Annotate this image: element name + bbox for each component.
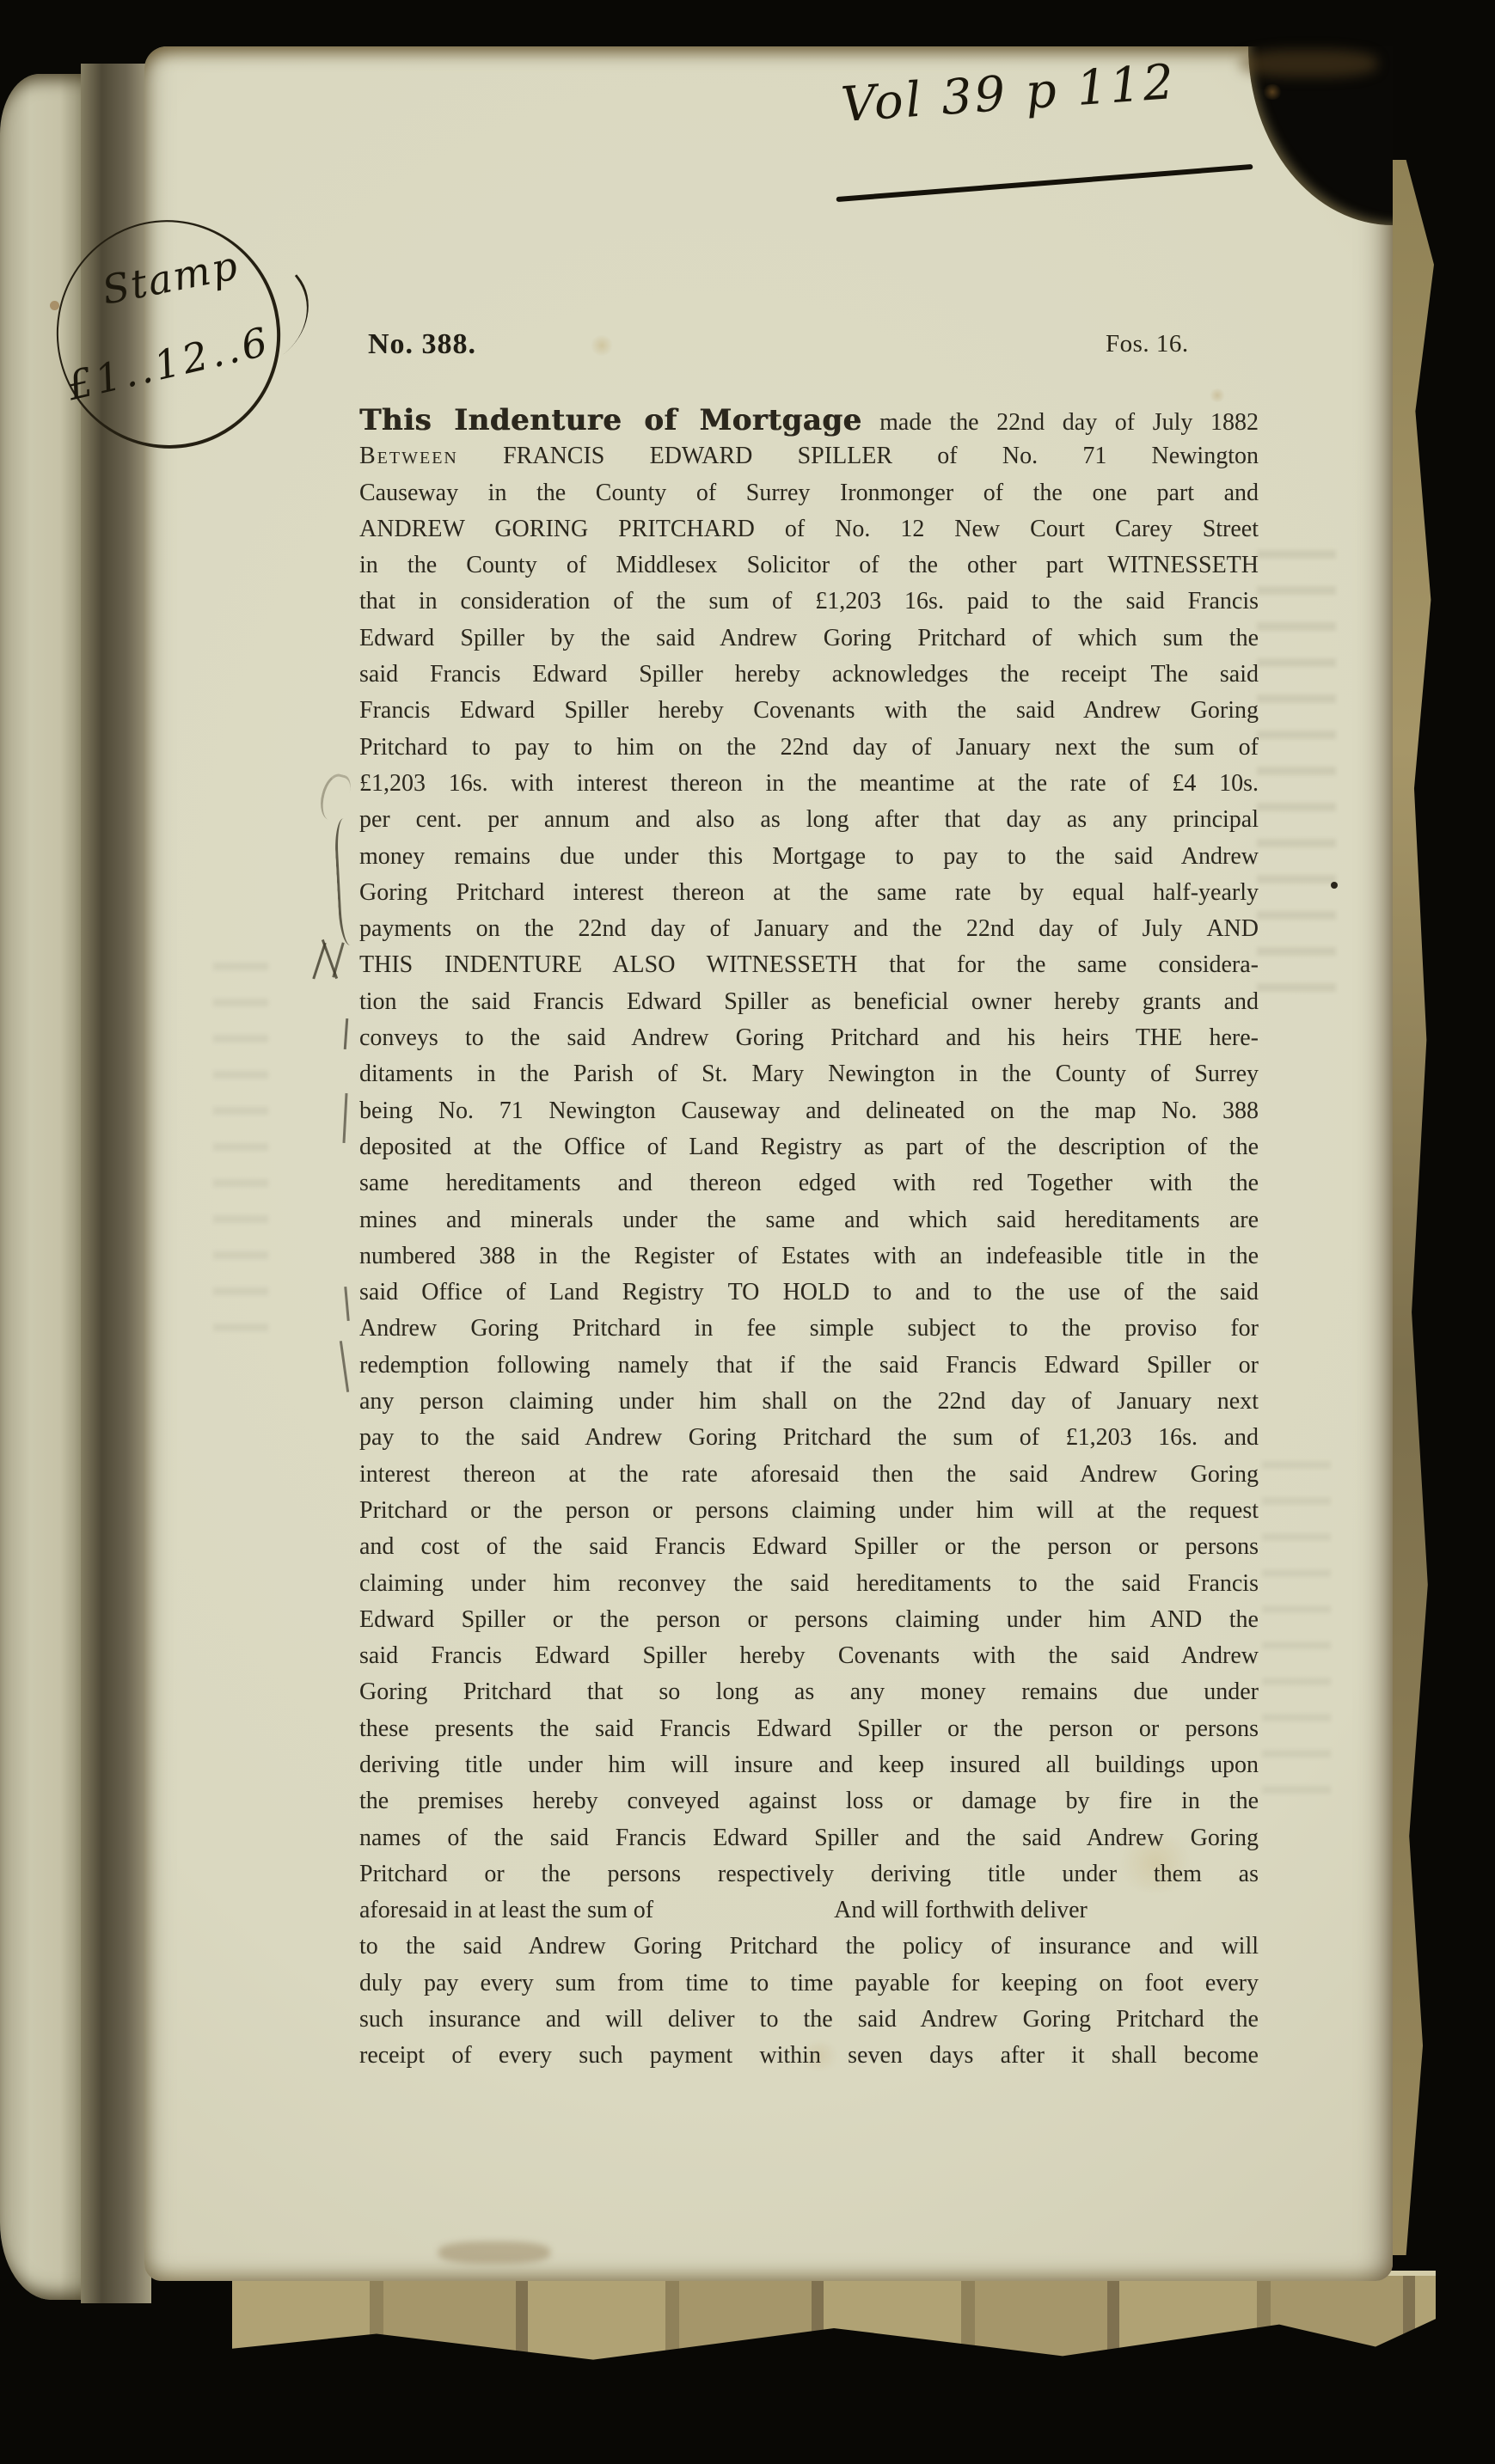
folio-number: Fos. 16.	[1106, 330, 1189, 358]
deed-line: to the said Andrew Goring Pritchard the …	[359, 1929, 1259, 1965]
deed-line: the premises hereby conveyed against los…	[359, 1783, 1259, 1819]
deed-line-text: Edward Spiller or the person or persons …	[359, 1606, 1259, 1633]
deed-line-text: ANDREW GORING PRITCHARD of No. 12 New Co…	[359, 516, 1259, 542]
deed-line-text: per cent. per annum and also as long aft…	[359, 806, 1259, 833]
deed-line-text: Pritchard or the persons respectively de…	[359, 1861, 1259, 1887]
deed-line: that in consideration of the sum of £1,2…	[359, 584, 1259, 620]
deed-line: per cent. per annum and also as long aft…	[359, 802, 1259, 838]
deed-line: such insurance and will deliver to the s…	[359, 2002, 1259, 2038]
deed-line: tion the said Francis Edward Spiller as …	[359, 984, 1259, 1020]
deed-line-text: Goring Pritchard that so long as any mon…	[359, 1678, 1259, 1705]
deed-line: This Indenture of Mortgage made the 22nd…	[359, 402, 1259, 438]
deed-line: claiming under him reconvey the said her…	[359, 1566, 1259, 1602]
deed-line-text: same hereditaments and thereon edged wit…	[359, 1170, 1259, 1196]
deed-line-text: made the 22nd day of July 1882	[862, 409, 1259, 436]
deed-text: This Indenture of Mortgage made the 22nd…	[359, 402, 1259, 2075]
deed-line: ANDREW GORING PRITCHARD of No. 12 New Co…	[359, 511, 1259, 547]
deed-line-text: these presents the said Francis Edward S…	[359, 1715, 1259, 1742]
deed-line-text: aforesaid in at least the sum of	[359, 1897, 653, 1923]
deed-line-text: Pritchard or the person or persons claim…	[359, 1497, 1259, 1524]
deed-line: Goring Pritchard that so long as any mon…	[359, 1674, 1259, 1710]
deed-line: names of the said Francis Edward Spiller…	[359, 1820, 1259, 1856]
deed-line: these presents the said Francis Edward S…	[359, 1711, 1259, 1747]
deed-line: said Francis Edward Spiller hereby Coven…	[359, 1638, 1259, 1674]
deed-line-text: receipt of every such payment within sev…	[359, 2042, 1259, 2069]
deed-line-text: money remains due under this Mortgage to…	[359, 843, 1259, 870]
deed-line-text: such insurance and will deliver to the s…	[359, 2006, 1259, 2033]
deed-line: said Francis Edward Spiller hereby ackno…	[359, 657, 1259, 693]
deed-line-text: pay to the said Andrew Goring Pritchard …	[359, 1424, 1259, 1451]
deed-line: receipt of every such payment within sev…	[359, 2038, 1259, 2074]
deed-line: interest thereon at the rate aforesaid t…	[359, 1457, 1259, 1493]
deed-line: money remains due under this Mortgage to…	[359, 839, 1259, 875]
deed-line: Causeway in the County of Surrey Ironmon…	[359, 475, 1259, 511]
deed-line: Pritchard or the persons respectively de…	[359, 1856, 1259, 1892]
deed-line-text: deriving title under him will insure and…	[359, 1752, 1259, 1778]
deed-line: redemption following namely that if the …	[359, 1348, 1259, 1384]
deed-line: conveys to the said Andrew Goring Pritch…	[359, 1020, 1259, 1056]
deed-line: Andrew Goring Pritchard in fee simple su…	[359, 1311, 1259, 1347]
deed-line-text: the premises hereby conveyed against los…	[359, 1788, 1259, 1814]
deed-line-text: £1,203 16s. with interest thereon in the…	[359, 770, 1259, 797]
paper-stain	[50, 301, 59, 310]
deed-line-text: said Francis Edward Spiller hereby ackno…	[359, 661, 1259, 688]
deed-line-text: deposited at the Office of Land Registry…	[359, 1134, 1259, 1160]
deed-line: Edward Spiller by the said Andrew Goring…	[359, 621, 1259, 657]
deed-line-text: said Office of Land Registry TO HOLD to …	[359, 1279, 1259, 1305]
deed-line: same hereditaments and thereon edged wit…	[359, 1165, 1259, 1201]
deed-line-text: duly pay every sum from time to time pay…	[359, 1970, 1259, 1996]
paper-stain	[590, 335, 614, 356]
deed-line-text: FRANCIS EDWARD SPILLER of No. 71 Newingt…	[458, 443, 1259, 469]
book-photo: Vol 39 p 112 Stamp £1..12..6 No. 388. Fo…	[0, 0, 1495, 2464]
deed-line: pay to the said Andrew Goring Pritchard …	[359, 1420, 1259, 1456]
deed-line: Pritchard to pay to him on the 22nd day …	[359, 730, 1259, 766]
deed-line-text: Andrew Goring Pritchard in fee simple su…	[359, 1315, 1259, 1342]
ink-speck	[1331, 882, 1338, 889]
deed-line: in the County of Middlesex Solicitor of …	[359, 547, 1259, 584]
deed-line-text: Goring Pritchard interest thereon at the…	[359, 879, 1259, 906]
deed-line: Between FRANCIS EDWARD SPILLER of No. 71…	[359, 438, 1259, 474]
deed-line: mines and minerals under the same and wh…	[359, 1202, 1259, 1238]
deed-line-text: in the County of Middlesex Solicitor of …	[359, 552, 1259, 578]
deed-line: Goring Pritchard interest thereon at the…	[359, 875, 1259, 911]
deed-line-text: redemption following namely that if the …	[359, 1352, 1259, 1379]
text-showthrough	[1257, 550, 1336, 997]
deed-line: being No. 71 Newington Causeway and deli…	[359, 1093, 1259, 1129]
deed-line-text: tion the said Francis Edward Spiller as …	[359, 988, 1259, 1015]
deed-line-text: interest thereon at the rate aforesaid t…	[359, 1461, 1259, 1488]
deed-line: aforesaid in at least the sum ofAnd will…	[359, 1892, 1259, 1929]
deed-line: and cost of the said Francis Edward Spil…	[359, 1529, 1259, 1565]
deed-line-text: ditaments in the Parish of St. Mary Newi…	[359, 1061, 1259, 1087]
paper-stain	[1209, 388, 1226, 402]
deed-line-text: Causeway in the County of Surrey Ironmon…	[359, 480, 1259, 506]
deed-line: £1,203 16s. with interest thereon in the…	[359, 766, 1259, 802]
deed-line-text: conveys to the said Andrew Goring Pritch…	[359, 1024, 1259, 1051]
deed-line: payments on the 22nd day of January and …	[359, 911, 1259, 947]
deed-line: deposited at the Office of Land Registry…	[359, 1129, 1259, 1165]
deed-line: ditaments in the Parish of St. Mary Newi…	[359, 1056, 1259, 1092]
deed-line-text: that in consideration of the sum of £1,2…	[359, 588, 1259, 614]
deed-line: deriving title under him will insure and…	[359, 1747, 1259, 1783]
deed-line-text: And will forthwith deliver	[834, 1897, 1088, 1923]
deed-line-text: to the said Andrew Goring Pritchard the …	[359, 1933, 1259, 1960]
deed-line-text: being No. 71 Newington Causeway and deli…	[359, 1097, 1259, 1124]
deed-line: duly pay every sum from time to time pay…	[359, 1966, 1259, 2002]
deed-line-text: THIS INDENTURE ALSO WITNESSETH that for …	[359, 951, 1259, 978]
deed-line: any person claiming under him shall on t…	[359, 1384, 1259, 1420]
deed-line-text: Edward Spiller by the said Andrew Goring…	[359, 625, 1259, 651]
deed-line: said Office of Land Registry TO HOLD to …	[359, 1275, 1259, 1311]
deed-line: numbered 388 in the Register of Estates …	[359, 1238, 1259, 1275]
deed-line-text: and cost of the said Francis Edward Spil…	[359, 1533, 1259, 1560]
deed-line-text: names of the said Francis Edward Spiller…	[359, 1825, 1259, 1851]
page-stack-bottom-edge	[232, 2271, 1436, 2363]
deed-line: Edward Spiller or the person or persons …	[359, 1602, 1259, 1638]
deed-line: Pritchard or the person or persons claim…	[359, 1493, 1259, 1529]
deed-line-text: Francis Edward Spiller hereby Covenants …	[359, 697, 1259, 724]
deed-line-text: mines and minerals under the same and wh…	[359, 1207, 1259, 1233]
deed-line-text: Between	[359, 443, 458, 469]
text-showthrough	[213, 963, 268, 1332]
deed-line-text: numbered 388 in the Register of Estates …	[359, 1243, 1259, 1269]
deed-line-text: claiming under him reconvey the said her…	[359, 1570, 1259, 1597]
text-showthrough	[1262, 1461, 1331, 1813]
blackletter-opening: This Indenture of Mortgage	[359, 403, 862, 437]
deed-line-text: said Francis Edward Spiller hereby Coven…	[359, 1642, 1259, 1669]
deed-line: Francis Edward Spiller hereby Covenants …	[359, 693, 1259, 729]
deed-line: THIS INDENTURE ALSO WITNESSETH that for …	[359, 947, 1259, 983]
deed-line-text: payments on the 22nd day of January and …	[359, 915, 1259, 942]
deed-line-text: any person claiming under him shall on t…	[359, 1388, 1259, 1415]
document-number: No. 388.	[368, 328, 476, 361]
paper-stain	[438, 2241, 550, 2264]
deed-line-text: Pritchard to pay to him on the 22nd day …	[359, 734, 1259, 761]
